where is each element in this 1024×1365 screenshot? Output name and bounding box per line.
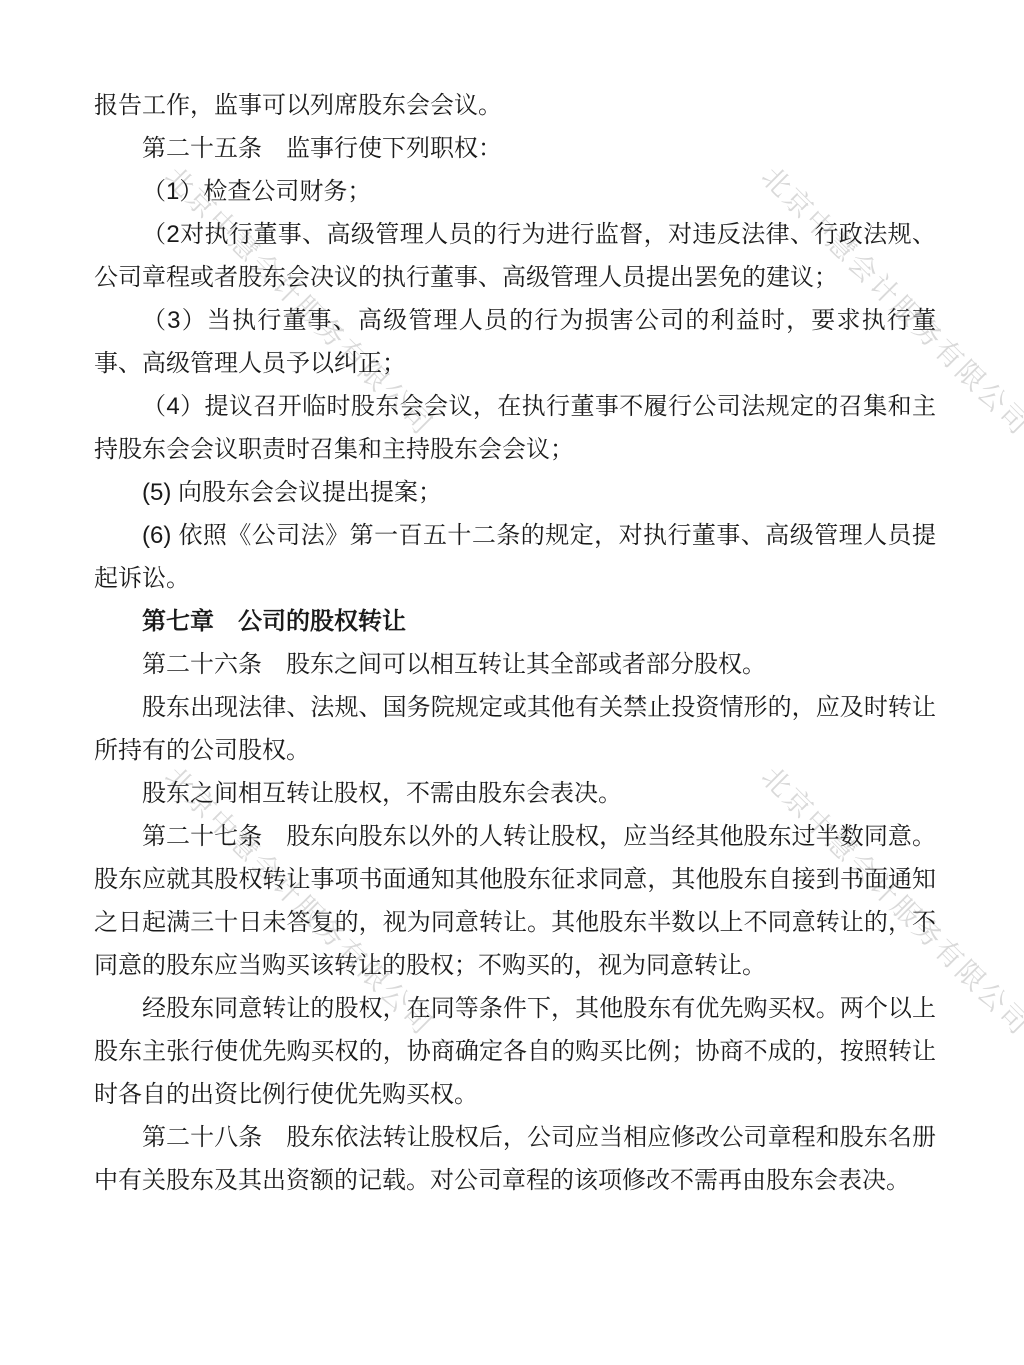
paragraph: （3）当执行董事、高级管理人员的行为损害公司的利益时，要求执行董事、高级管理人员… xyxy=(94,299,936,385)
paragraph: 股东之间相互转让股权，不需由股东会表决。 xyxy=(94,772,936,815)
paragraph: 报告工作，监事可以列席股东会会议。 xyxy=(94,84,936,127)
document-page: 北京中慧会计服务有限公司北京中慧会计服务有限公司北京中慧会计服务有限公司北京中慧… xyxy=(0,0,1024,1365)
paragraph: 第七章 公司的股权转让 xyxy=(94,600,936,643)
paragraph: 第二十七条 股东向股东以外的人转让股权，应当经其他股东过半数同意。股东应就其股权… xyxy=(94,815,936,987)
paragraph: 经股东同意转让的股权，在同等条件下，其他股东有优先购买权。两个以上股东主张行使优… xyxy=(94,987,936,1116)
paragraph: 第二十六条 股东之间可以相互转让其全部或者部分股权。 xyxy=(94,643,936,686)
paragraph: （1）检查公司财务； xyxy=(94,170,936,213)
paragraph: (6) 依照《公司法》第一百五十二条的规定，对执行董事、高级管理人员提起诉讼。 xyxy=(94,514,936,600)
paragraph: 股东出现法律、法规、国务院规定或其他有关禁止投资情形的，应及时转让所持有的公司股… xyxy=(94,686,936,772)
paragraph: (5) 向股东会会议提出提案； xyxy=(94,471,936,514)
paragraph: 第二十五条 监事行使下列职权： xyxy=(94,127,936,170)
paragraph: （2对执行董事、高级管理人员的行为进行监督，对违反法律、行政法规、公司章程或者股… xyxy=(94,213,936,299)
paragraph: （4）提议召开临时股东会会议，在执行董事不履行公司法规定的召集和主持股东会会议职… xyxy=(94,385,936,471)
document-body: 报告工作，监事可以列席股东会会议。第二十五条 监事行使下列职权：（1）检查公司财… xyxy=(94,84,936,1202)
paragraph: 第二十八条 股东依法转让股权后，公司应当相应修改公司章程和股东名册中有关股东及其… xyxy=(94,1116,936,1202)
